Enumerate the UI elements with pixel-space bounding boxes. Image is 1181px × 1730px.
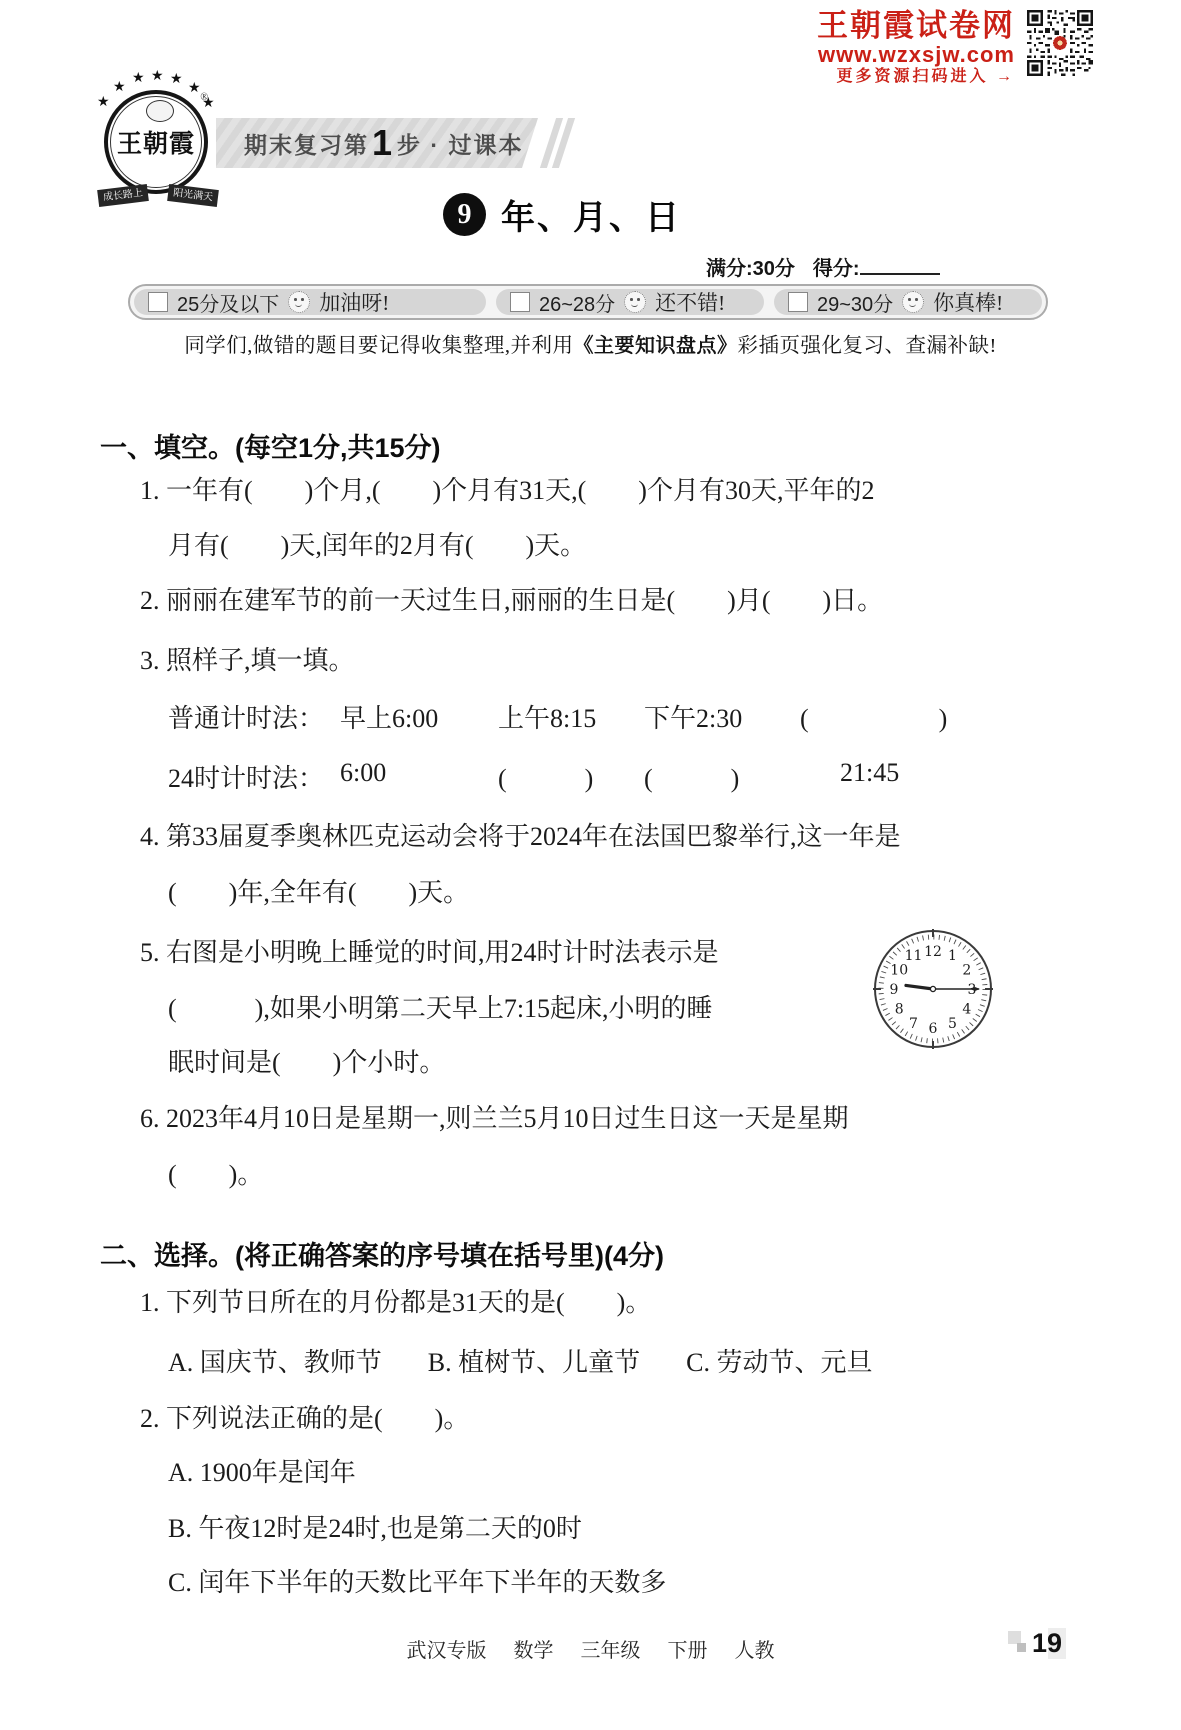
unit-number-badge: 9 — [443, 193, 486, 236]
star-icon: ★ — [97, 94, 110, 111]
checkbox-icon[interactable] — [510, 292, 530, 312]
seal-ribbon-left: 成长路上 — [97, 184, 149, 207]
star-icon: ★ — [151, 68, 164, 85]
notice-text: 同学们,做错的题目要记得收集整理,并利用《主要知识盘点》彩插页强化复习、查漏补缺… — [0, 328, 1181, 358]
s2-q2-option-a: A. 1900年是闰年 — [168, 1452, 356, 1489]
score-comment: 加油呀! — [319, 287, 389, 317]
footer-info: 武汉专版 数学 三年级 下册 人教 — [407, 1634, 775, 1663]
score-range: 29~30分 — [817, 288, 893, 317]
score-comment: 你真棒! — [933, 287, 1003, 317]
time-cell: 上午8:15 — [498, 698, 644, 735]
step-banner: 期末复习第 1 步 · 过课本 — [216, 118, 538, 168]
section-two-heading: 二、选择。(将正确答案的序号填在括号里)(4分) — [100, 1234, 664, 1273]
s2-q1-options: A. 国庆节、教师节 B. 植树节、儿童节 C. 劳动节、元旦 — [168, 1342, 872, 1379]
clock-number: 9 — [890, 982, 899, 998]
score-comment: 还不错! — [655, 287, 725, 317]
checkbox-icon[interactable] — [788, 292, 808, 312]
star-icon: ★ — [188, 80, 201, 97]
footer-volume: 下册 — [668, 1634, 708, 1663]
row-label: 24时计时法： — [168, 758, 340, 795]
q4-line2: ( )年,全年有( )天。 — [168, 872, 469, 909]
page-title: 9 年、月、日 — [443, 190, 681, 239]
footer-edition: 武汉专版 — [407, 1634, 487, 1663]
star-icon: ★ — [170, 71, 183, 88]
clock-number: 12 — [924, 944, 942, 960]
site-url: www.wzxsjw.com — [818, 43, 1015, 67]
time-cell: 早上6:00 — [340, 698, 498, 735]
score-range: 26~28分 — [539, 288, 615, 317]
clock-number: 4 — [962, 1002, 971, 1018]
s2-q2-line: 2. 下列说法正确的是( )。 — [140, 1398, 469, 1435]
publisher-seal: ★ ★ ★ ★ ★ ★ ★ 王朝霞 ® 成长路上 阳光满天 — [96, 68, 218, 204]
q3-24h-time-row: 24时计时法： 6:00 ( ) ( ) 21:45 — [168, 758, 899, 795]
option-b: B. 植树节、儿童节 — [428, 1342, 640, 1379]
footer-grade: 三年级 — [581, 1634, 641, 1663]
site-brand: 王朝霞试卷网 — [817, 10, 1015, 43]
score-segment-high: 29~30分 你真棒! — [774, 289, 1042, 315]
s2-q2-option-b: B. 午夜12时是24时,也是第二天的0时 — [168, 1508, 582, 1545]
clock-number: 5 — [948, 1016, 957, 1032]
clock-number: 6 — [929, 1021, 938, 1037]
q6-line1: 6. 2023年4月10日是星期一,则兰兰5月10日过生日这一天是星期 — [140, 1098, 849, 1135]
clock-number: 2 — [962, 963, 971, 979]
s2-q1-line: 1. 下列节日所在的月份都是31天的是( )。 — [140, 1282, 651, 1319]
decor-square — [1017, 1643, 1026, 1652]
registered-mark: ® — [200, 92, 208, 103]
row-label: 普通计时法： — [168, 698, 340, 735]
q1-line1: 1. 一年有( )个月,( )个月有31天,( )个月有30天,平年的2 — [140, 470, 874, 507]
unit-title: 年、月、日 — [501, 190, 681, 239]
portrait-icon — [146, 100, 174, 122]
qr-code-icon — [1027, 10, 1093, 76]
smiley-face-icon — [902, 291, 924, 313]
blank-cell: ( ) — [800, 698, 947, 735]
checkbox-icon[interactable] — [148, 292, 168, 312]
full-score-label: 满分:30分 — [706, 252, 795, 281]
step-number: 1 — [372, 125, 394, 161]
q4-line1: 4. 第33届夏季奥林匹克运动会将于2024年在法国巴黎举行,这一年是 — [140, 816, 901, 853]
section-one-heading: 一、填空。(每空1分,共15分) — [100, 426, 441, 465]
time-cell: 21:45 — [800, 758, 899, 795]
footer-subject: 数学 — [514, 1634, 554, 1663]
score-header: 满分:30分 得分: — [706, 252, 940, 281]
smiley-face-icon — [624, 291, 646, 313]
option-a: A. 国庆节、教师节 — [168, 1342, 382, 1379]
score-range: 25分及以下 — [177, 288, 279, 317]
seal-ribbon-right: 阳光满天 — [167, 184, 219, 207]
seal-brand: 王朝霞 — [108, 124, 204, 160]
clock-number: 1 — [948, 948, 957, 964]
step-banner-prefix: 期末复习第 — [244, 127, 369, 160]
q5-line1: 5. 右图是小明晚上睡觉的时间,用24时计时法表示是 — [140, 932, 719, 969]
clock-number: 7 — [909, 1016, 918, 1032]
score-label: 得分: — [813, 252, 940, 281]
site-banner: 王朝霞试卷网 www.wzxsjw.com 更多资源扫码进入 → — [817, 10, 1093, 88]
s2-q2-option-c: C. 闰年下半年的天数比平年下半年的天数多 — [168, 1562, 666, 1599]
site-tagline: 更多资源扫码进入 → — [837, 67, 1015, 88]
blank-cell: ( ) — [498, 758, 644, 795]
worksheet-page: 王朝霞试卷网 www.wzxsjw.com 更多资源扫码进入 → — [0, 0, 1181, 1730]
score-range-bar: 25分及以下 加油呀! 26~28分 还不错! 29~30分 你真棒! — [128, 284, 1048, 320]
page-number-block: 19 — [1008, 1628, 1066, 1659]
step-banner-suffix: 步 · 过课本 — [397, 127, 523, 160]
star-icon: ★ — [113, 79, 126, 96]
option-c: C. 劳动节、元旦 — [686, 1342, 872, 1379]
seal-ring: 王朝霞 ® — [104, 90, 208, 194]
score-segment-low: 25分及以下 加油呀! — [134, 289, 486, 315]
score-blank-line — [860, 253, 940, 275]
time-cell: 下午2:30 — [644, 698, 800, 735]
clock-center — [930, 986, 935, 991]
q5-line3: 眠时间是( )个小时。 — [168, 1042, 445, 1079]
q6-line2: ( )。 — [168, 1154, 263, 1191]
site-banner-text: 王朝霞试卷网 www.wzxsjw.com 更多资源扫码进入 → — [817, 10, 1015, 88]
star-icon: ★ — [132, 70, 145, 87]
page-number: 19 — [1032, 1628, 1066, 1659]
q3-normal-time-row: 普通计时法： 早上6:00 上午8:15 下午2:30 ( ) — [168, 698, 947, 735]
q2-line: 2. 丽丽在建军节的前一天过生日,丽丽的生日是( )月( )日。 — [140, 580, 883, 617]
clock-number: 10 — [890, 963, 908, 979]
score-segment-mid: 26~28分 还不错! — [496, 289, 764, 315]
q5-line2: ( ),如果小明第二天早上7:15起床,小明的睡 — [168, 988, 713, 1025]
q1-line2: 月有( )天,闰年的2月有( )天。 — [168, 525, 586, 562]
smiley-face-icon — [288, 291, 310, 313]
clock-number: 8 — [895, 1002, 904, 1018]
clock-number: 11 — [905, 948, 923, 964]
time-cell: 6:00 — [340, 758, 498, 795]
clock-illustration: 12 1 2 3 4 5 6 7 8 9 10 11 — [872, 928, 994, 1050]
blank-cell: ( ) — [644, 758, 800, 795]
q3-line: 3. 照样子,填一填。 — [140, 640, 355, 677]
footer-publisher: 人教 — [735, 1634, 775, 1663]
